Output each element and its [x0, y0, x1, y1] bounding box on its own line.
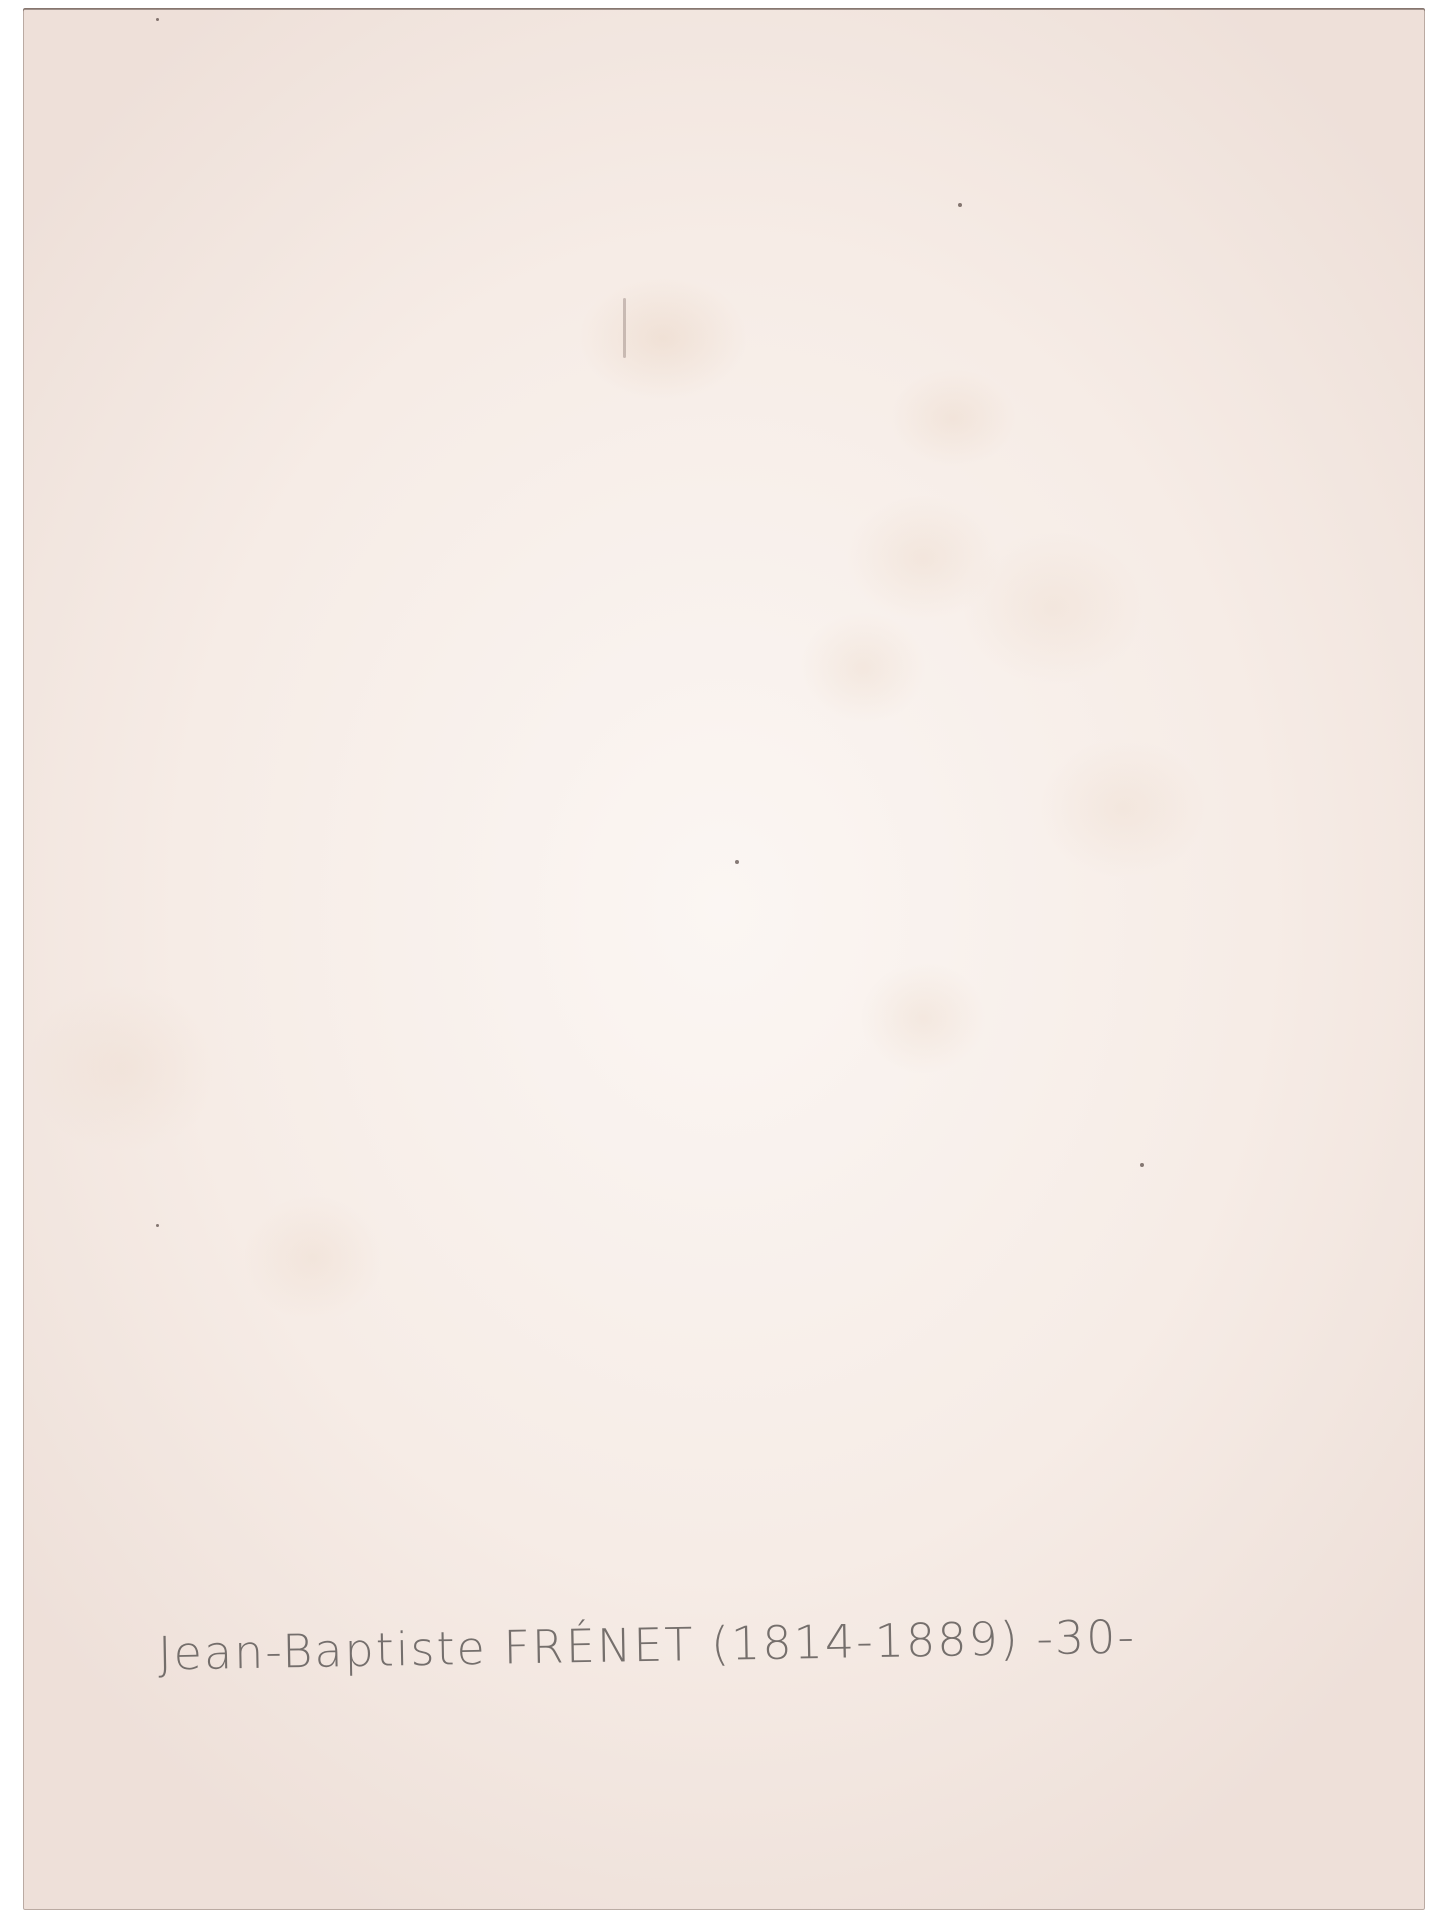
foxing-spot [735, 860, 739, 864]
foxing-spot [156, 1224, 159, 1227]
foxing-spot [1140, 1163, 1144, 1167]
foxing-spot [958, 203, 962, 207]
foxing-spot [156, 18, 159, 21]
handwritten-caption: Jean-Baptiste FRÉNET (1814-1889) -30- [158, 1609, 1137, 1680]
paper-crease-mark [623, 298, 626, 358]
card-verso: Jean-Baptiste FRÉNET (1814-1889) -30- [23, 8, 1425, 1910]
